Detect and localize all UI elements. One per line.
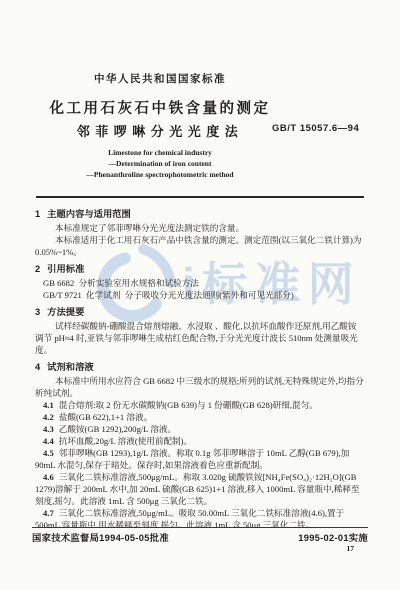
reference-item: GB 6682 分析实验室用水规格和试验方法 xyxy=(35,277,365,289)
section-heading: 2引用标准 xyxy=(35,263,365,275)
paragraph: 试样经碳酸钠-硼酸混合熔剂熔融、水浸取 、酸化,以抗坏血酸作还原剂,用乙酸铵调节… xyxy=(35,320,365,356)
clause-number: 4.7 xyxy=(43,508,54,518)
clause-text: 三氧化二铁标准溶液,500μg/mL。称取 3.020g 硫酸铁铵[NH₄Fe(… xyxy=(35,472,359,506)
clause-item: 4.6三氧化二铁标准溶液,500μg/mL。称取 3.020g 硫酸铁铵[NH₄… xyxy=(35,471,365,507)
section-number: 2 xyxy=(35,264,40,274)
document-footer: 国家技术监督局1994-05-05批准 1995-02-01实施 xyxy=(32,530,368,544)
section-title: 试剂和溶液 xyxy=(47,362,94,372)
document-body: 1主题内容与适用范围 本标准规定了邻菲啰啉分光光度法测定铁的含量。 本标准适用于… xyxy=(35,203,365,527)
standard-code: GB/T 15057.6—94 xyxy=(272,123,392,134)
english-title: Limestone for chemical industry xyxy=(0,147,320,158)
paragraph: 本标准规定了邻菲啰啉分光光度法测定铁的含量。 xyxy=(35,222,365,234)
clause-text: 抗坏血酸,20g/L 溶液(使用前配制)。 xyxy=(59,436,192,446)
clause-item: 4.3乙酸铵(GB 1292),200g/L 溶液。 xyxy=(35,423,365,435)
document-page: i标准网 中华人民共和国国家标准 化工用石灰石中铁含量的测定 邻菲啰啉分光光度法… xyxy=(0,0,400,591)
paragraph: 本标准适用于化工用石灰石产品中铁含量的测定。测定范围(以三氧化二铁计算)为 0.… xyxy=(35,234,365,258)
section-heading: 4试剂和溶液 xyxy=(35,361,365,373)
clause-number: 4.1 xyxy=(43,400,54,410)
header-divider xyxy=(36,196,364,198)
english-title-block: Limestone for chemical industry —Determi… xyxy=(0,147,320,180)
approval-date: 国家技术监督局1994-05-05批准 xyxy=(32,530,169,544)
clause-item: 4.4抗坏血酸,20g/L 溶液(使用前配制)。 xyxy=(35,435,365,447)
section-number: 3 xyxy=(35,307,40,317)
section-references: 2引用标准 GB 6682 分析实验室用水规格和试验方法 GB/T 9721 化… xyxy=(35,263,365,301)
section-title: 方法提要 xyxy=(47,307,84,317)
section-title: 引用标准 xyxy=(47,264,84,274)
clause-text: 盐酸(GB 622),1+1 溶液。 xyxy=(59,412,152,422)
paragraph: 本标准中所用水应符合 GB 6682 中三级水的规格;所列的试剂,无特殊规定外,… xyxy=(35,375,365,399)
clause-item: 4.1混合熔剂:取 2 份无水碳酸钠(GB 639)与 1 份硼酸(GB 628… xyxy=(35,399,365,411)
section-heading: 3方法提要 xyxy=(35,306,365,318)
section-heading: 1主题内容与适用范围 xyxy=(35,208,365,220)
section-reagents: 4试剂和溶液 本标准中所用水应符合 GB 6682 中三级水的规格;所列的试剂,… xyxy=(35,361,365,527)
clause-number: 4.3 xyxy=(43,424,54,434)
clause-number: 4.4 xyxy=(43,436,54,446)
footer-divider xyxy=(32,527,368,528)
english-subtitle-determination: —Determination of iron content xyxy=(0,158,320,169)
section-number: 1 xyxy=(35,209,40,219)
english-subtitle-method: —Phenanthroline spectrophotometric metho… xyxy=(0,169,320,180)
page-number: 17 xyxy=(347,544,355,553)
clause-text: 三氧化二铁标准溶液,50μg/mL。吸取 50.00mL 三氧化二铁标准溶液(4… xyxy=(35,508,346,527)
clause-item: 4.7三氧化二铁标准溶液,50μg/mL。吸取 50.00mL 三氧化二铁标准溶… xyxy=(35,507,365,527)
reference-item: GB/T 9721 化学试剂 分子吸收分光光度法通则(紫外和可见光部分) xyxy=(35,289,365,301)
clause-text: 乙酸铵(GB 1292),200g/L 溶液。 xyxy=(59,424,176,434)
document-title-line1: 化工用石灰石中铁含量的测定 xyxy=(0,97,320,118)
standard-org-title: 中华人民共和国国家标准 xyxy=(0,71,320,86)
clause-number: 4.5 xyxy=(43,448,54,458)
implementation-date: 1995-02-01实施 xyxy=(298,530,368,544)
clause-item: 4.5邻菲啰啉(GB 1293),1g/L 溶液。称取 0.1g 邻菲啰啉溶于 … xyxy=(35,447,365,471)
section-number: 4 xyxy=(35,362,40,372)
section-scope: 1主题内容与适用范围 本标准规定了邻菲啰啉分光光度法测定铁的含量。 本标准适用于… xyxy=(35,208,365,258)
clause-text: 混合熔剂:取 2 份无水碳酸钠(GB 639)与 1 份硼酸(GB 628)研细… xyxy=(59,400,318,410)
clause-item: 4.2盐酸(GB 622),1+1 溶液。 xyxy=(35,411,365,423)
clause-number: 4.2 xyxy=(43,412,54,422)
section-method-summary: 3方法提要 试样经碳酸钠-硼酸混合熔剂熔融、水浸取 、酸化,以抗坏血酸作还原剂,… xyxy=(35,306,365,356)
section-title: 主题内容与适用范围 xyxy=(47,209,131,219)
clause-text: 邻菲啰啉(GB 1293),1g/L 溶液。称取 0.1g 邻菲啰啉溶于 10m… xyxy=(35,448,352,470)
clause-number: 4.6 xyxy=(43,472,54,482)
